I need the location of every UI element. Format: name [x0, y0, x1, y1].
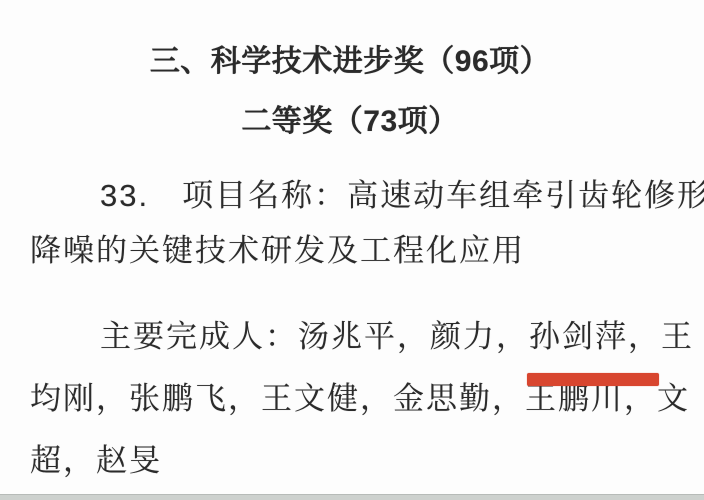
photo-bottom-edge — [0, 494, 704, 500]
contributors-line-3: 超，赵旻 — [30, 430, 674, 492]
project-name-line-1: 33. 项目名称：高速动车组牵引齿轮修形 — [30, 168, 674, 223]
contributors-line-1-before: 主要完成人：汤兆平，颜力， — [100, 319, 529, 354]
project-name-line-2: 降噪的关键技术研发及工程化应用 — [30, 223, 674, 278]
contributors-line-1: 主要完成人：汤兆平，颜力，孙剑萍，王 — [30, 306, 674, 368]
contributors-line-1-after: ，王 — [628, 319, 694, 354]
project-name-paragraph: 33. 项目名称：高速动车组牵引齿轮修形 降噪的关键技术研发及工程化应用 — [30, 168, 674, 278]
contributors-paragraph: 主要完成人：汤兆平，颜力，孙剑萍，王 均刚，张鹏飞，王文健，金思勤，王鹏川，文 … — [30, 306, 674, 492]
document-content: 三、科学技术进步奖（96项） 二等奖（73项） 33. 项目名称：高速动车组牵引… — [0, 0, 674, 492]
award-tier-heading: 二等奖（73项） — [30, 100, 670, 144]
award-category-heading: 三、科学技术进步奖（96项） — [30, 40, 670, 84]
document-page: 三、科学技术进步奖（96项） 二等奖（73项） 33. 项目名称：高速动车组牵引… — [0, 0, 704, 500]
highlighted-name: 孙剑萍 — [529, 306, 628, 368]
